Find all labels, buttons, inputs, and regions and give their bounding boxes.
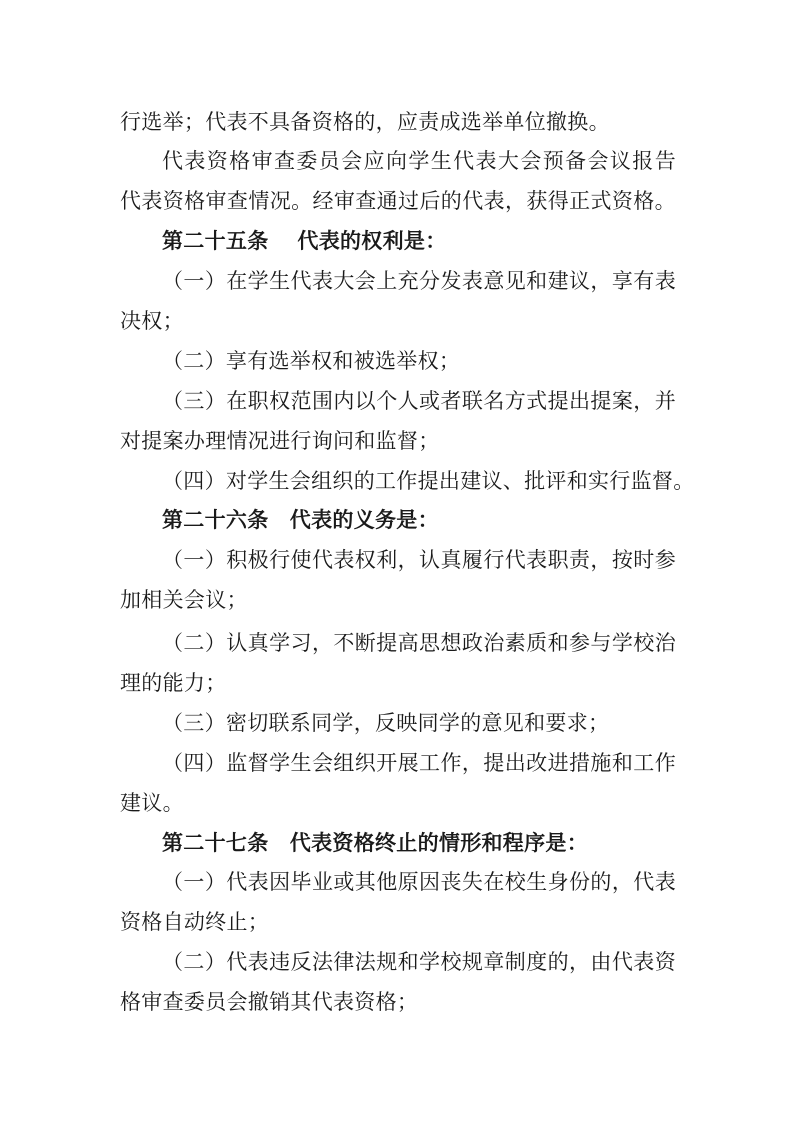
- text-line-continuation: 行选举；代表不具备资格的，应责成选举单位撤换。: [120, 102, 676, 142]
- text-line-continuation: 对提案办理情况进行询问和监督；: [120, 421, 676, 461]
- article-25-item-2: （二）享有选举权和被选举权；: [120, 341, 676, 381]
- text-line-continuation: 资格自动终止；: [120, 902, 676, 942]
- document-page: 行选举；代表不具备资格的，应责成选举单位撤换。 代表资格审查委员会应向学生代表大…: [0, 0, 793, 1122]
- text-line-continuation: 代表资格审查情况。经审查通过后的代表，获得正式资格。: [120, 181, 676, 221]
- article-25-item-3: （三）在职权范围内以个人或者联名方式提出提案，并: [120, 381, 676, 421]
- article-25-heading: 第二十五条 代表的权利是：: [120, 221, 676, 261]
- article-27-item-1: （一）代表因毕业或其他原因丧失在校生身份的，代表: [120, 862, 676, 902]
- article-26-item-2: （二）认真学习，不断提高思想政治素质和参与学校治: [120, 623, 676, 663]
- article-26-item-1: （一）积极行使代表权利，认真履行代表职责，按时参: [120, 540, 676, 580]
- text-line-continuation: 加相关会议；: [120, 580, 676, 620]
- article-25-item-1: （一）在学生代表大会上充分发表意见和建议，享有表: [120, 261, 676, 301]
- text-line-continuation: 决权；: [120, 301, 676, 341]
- text-line-continuation: 格审查委员会撤销其代表资格；: [120, 982, 676, 1022]
- article-27-item-2: （二）代表违反法律法规和学校规章制度的，由代表资: [120, 942, 676, 982]
- article-26-item-3: （三）密切联系同学，反映同学的意见和要求；: [120, 703, 676, 743]
- paragraph-qualification-report: 代表资格审查委员会应向学生代表大会预备会议报告: [120, 141, 676, 181]
- text-line-continuation: 理的能力；: [120, 663, 676, 703]
- article-26-heading: 第二十六条 代表的义务是：: [120, 500, 676, 540]
- article-25-item-4: （四）对学生会组织的工作提出建议、批评和实行监督。: [120, 461, 676, 501]
- article-27-heading: 第二十七条 代表资格终止的情形和程序是：: [120, 823, 676, 863]
- article-26-item-4: （四）监督学生会组织开展工作，提出改进措施和工作: [120, 743, 676, 783]
- text-line-continuation: 建议。: [120, 783, 676, 823]
